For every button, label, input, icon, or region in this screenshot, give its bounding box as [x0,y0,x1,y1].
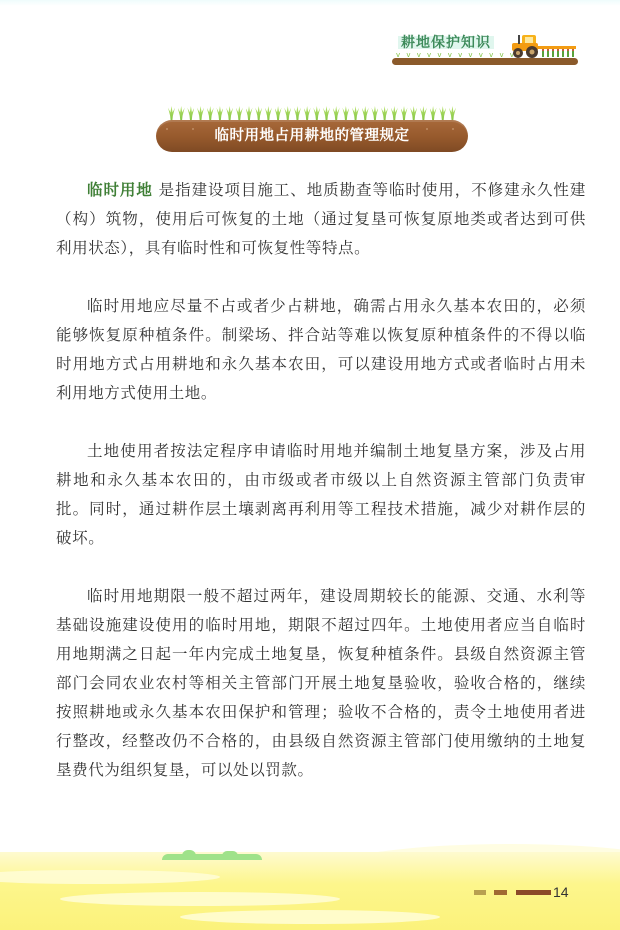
page-number: 14 [553,884,569,900]
field-stripe [180,910,440,924]
marker-dash [494,890,507,895]
article-body: 临时用地 是指建设项目施工、地质勘查等临时使用，不修建永久性建（构）筑物，使用后… [56,176,586,814]
marker-bar [516,890,551,895]
section-title-banner: 临时用地占用耕地的管理规定 [156,100,468,156]
field-stripe [60,892,340,906]
badge-title: 耕地保护知识 [398,32,494,52]
paragraph-approval: 土地使用者按法定程序申请临时用地并编制土地复垦方案，涉及占用耕地和永久基本农田的… [56,437,586,553]
marker-dash [474,890,486,895]
top-strip [0,0,620,6]
paragraph-occupation-rules: 临时用地应尽量不占或者少占耕地，确需占用永久基本农田的，必须能够恢复原种植条件。… [56,292,586,408]
grass-decoration-icon [168,100,456,122]
section-title: 临时用地占用耕地的管理规定 [156,120,468,152]
paragraph-duration-reclamation: 临时用地期限一般不超过两年，建设周期较长的能源、交通、水利等基础设施建设使用的临… [56,582,586,785]
tractor-icon [510,32,578,60]
page-marker: 14 [474,884,569,900]
term-highlight: 临时用地 [87,181,153,199]
header-badge: 耕地保护知识 vvvvvvvvvvvv [392,30,580,66]
bush-decoration [162,854,262,860]
paragraph-definition: 临时用地 是指建设项目施工、地质勘查等临时使用，不修建永久性建（构）筑物，使用后… [56,176,586,263]
